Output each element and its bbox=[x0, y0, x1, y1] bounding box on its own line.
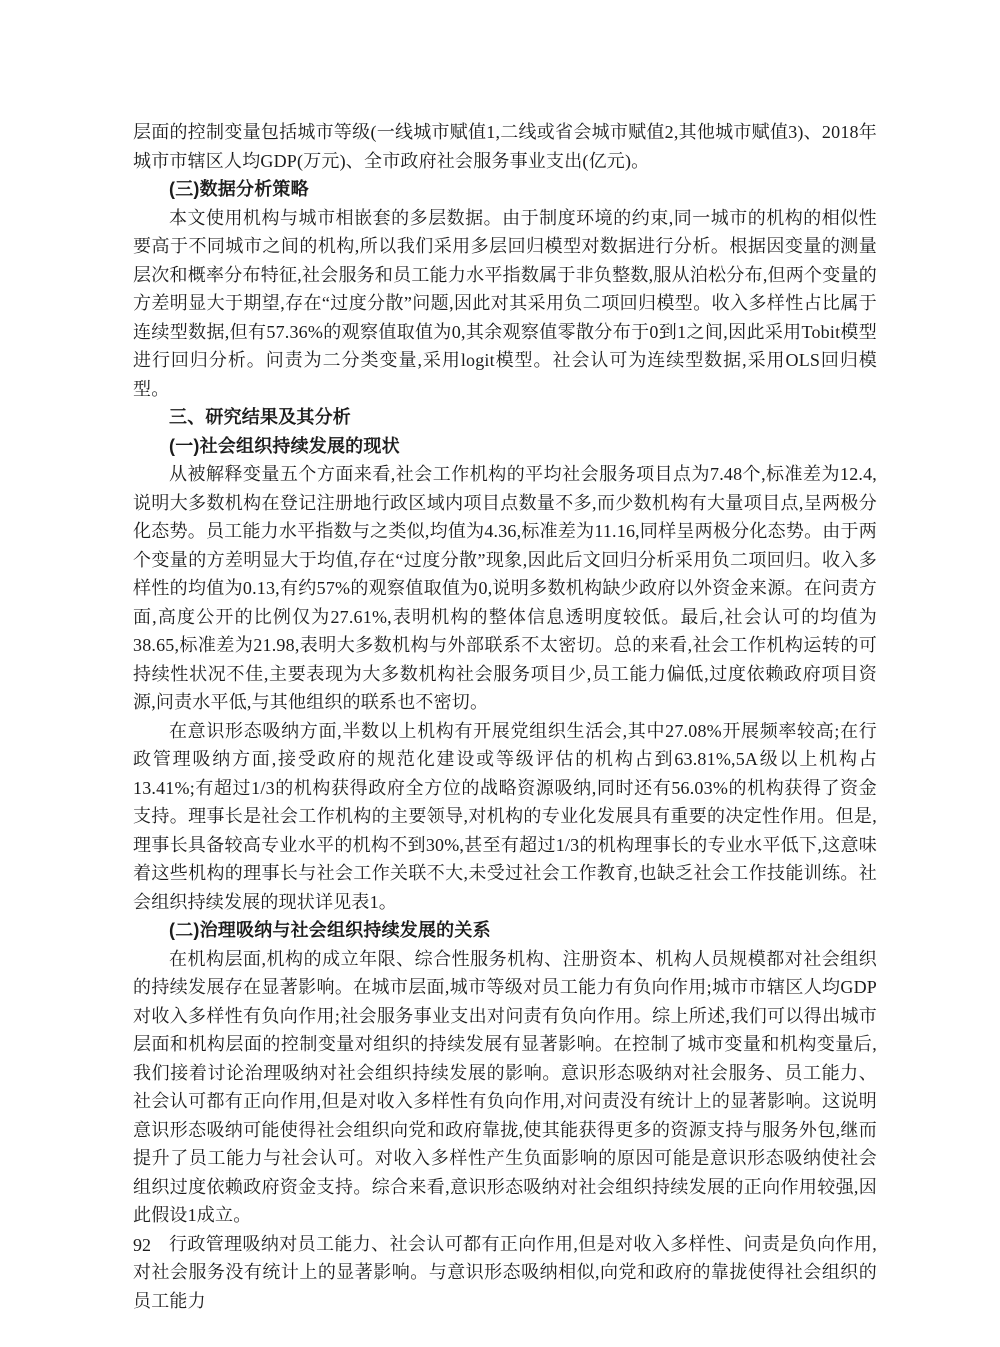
paragraph-institution-city-level-effects: 在机构层面,机构的成立年限、综合性服务机构、注册资本、机构人员规模都对社会组织的… bbox=[133, 945, 877, 1230]
sub-heading-current-status: (一)社会组织持续发展的现状 bbox=[133, 432, 877, 461]
sub-heading-data-analysis-strategy: (三)数据分析策略 bbox=[133, 175, 877, 204]
paragraph-ideological-absorption-status: 在意识形态吸纳方面,半数以上机构有开展党组织生活会,其中27.08%开展频率较高… bbox=[133, 717, 877, 917]
sub-heading-governance-absorption-relation: (二)治理吸纳与社会组织持续发展的关系 bbox=[133, 916, 877, 945]
paragraph-control-variables-continuation: 层面的控制变量包括城市等级(一线城市赋值1,二线或省会城市赋值2,其他城市赋值3… bbox=[133, 118, 877, 175]
paragraph-administrative-absorption-effects: 行政管理吸纳对员工能力、社会认可都有正向作用,但是对收入多样性、问责是负向作用,… bbox=[133, 1230, 877, 1316]
paragraph-dependent-variables-overview: 从被解释变量五个方面来看,社会工作机构的平均社会服务项目点为7.48个,标准差为… bbox=[133, 460, 877, 717]
paragraph-multilevel-model: 本文使用机构与城市相嵌套的多层数据。由于制度环境的约束,同一城市的机构的相似性要… bbox=[133, 204, 877, 404]
document-page: 层面的控制变量包括城市等级(一线城市赋值1,二线或省会城市赋值2,其他城市赋值3… bbox=[0, 0, 1000, 1347]
section-heading-research-results: 三、研究结果及其分析 bbox=[133, 403, 877, 432]
page-number: 92 bbox=[133, 1231, 151, 1260]
page-body: 层面的控制变量包括城市等级(一线城市赋值1,二线或省会城市赋值2,其他城市赋值3… bbox=[133, 118, 877, 1315]
